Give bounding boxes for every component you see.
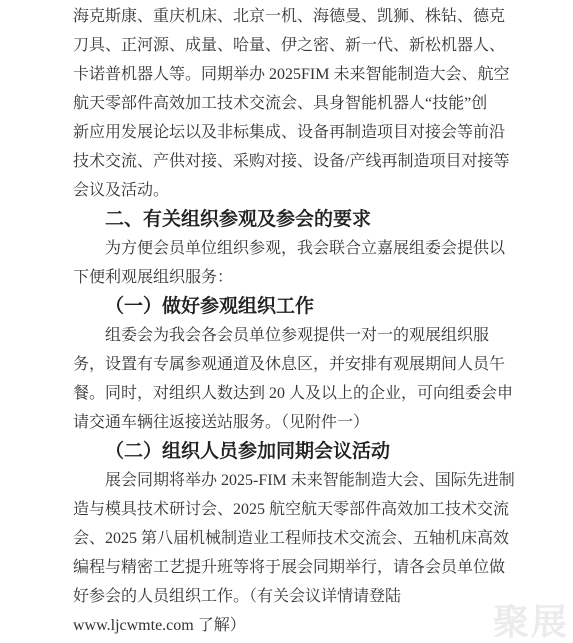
text-line: 为方便会员单位组织参观，我会联合立嘉展组委会提供以	[73, 234, 573, 263]
text-line: 刀具、正河源、成量、哈量、伊之密、新一代、新松机器人、	[73, 31, 573, 60]
text-line: 会议及活动。	[73, 176, 573, 205]
juzhan-watermark: 聚展	[493, 604, 569, 640]
section-heading: 二、有关组织参观及参会的要求	[73, 205, 573, 234]
text-line: 造与模具技术研讨会、2025 航空航天零部件高效加工技术交流	[73, 495, 573, 524]
section-heading: （一）做好参观组织工作	[73, 292, 573, 321]
text-line: 下便利观展组织服务：	[73, 263, 573, 292]
text-line: 餐。同时，对组织人数达到 20 人及以上的企业，可向组委会申	[73, 379, 573, 408]
text-line: 航天零部件高效加工技术交流会、具身智能机器人“技能”创	[73, 89, 573, 118]
document-page: 海克斯康、重庆机床、北京一机、海德曼、凯狮、株钻、德克刀具、正河源、成量、哈量、…	[0, 0, 573, 643]
text-line: 技术交流、产供对接、采购对接、设备/产线再制造项目对接等	[73, 147, 573, 176]
text-line: 编程与精密工艺提升班等将于展会同期举行，请各会员单位做	[73, 553, 573, 582]
text-line: 展会同期将举办 2025-FIM 未来智能制造大会、国际先进制	[73, 466, 573, 495]
text-line: 卡诺普机器人等。同期举办 2025FIM 未来智能制造大会、航空	[73, 60, 573, 89]
text-line: 海克斯康、重庆机床、北京一机、海德曼、凯狮、株钻、德克	[73, 2, 573, 31]
text-line: 务，设置有专属参观通道及休息区，并安排有观展期间人员午	[73, 350, 573, 379]
text-line: 新应用发展论坛以及非标集成、设备再制造项目对接会等前沿	[73, 118, 573, 147]
text-line: 会、2025 第八届机械制造业工程师技术交流会、五轴机床高效	[73, 524, 573, 553]
text-line: 请交通车辆往返接送站服务。（见附件一）	[73, 408, 573, 437]
text-line: 组委会为我会各会员单位参观提供一对一的观展组织服	[73, 321, 573, 350]
section-heading: （二）组织人员参加同期会议活动	[73, 437, 573, 466]
document-screenshot: { "page": { "colors": { "background": "#…	[0, 0, 573, 643]
document-body: 海克斯康、重庆机床、北京一机、海德曼、凯狮、株钻、德克刀具、正河源、成量、哈量、…	[73, 2, 573, 640]
